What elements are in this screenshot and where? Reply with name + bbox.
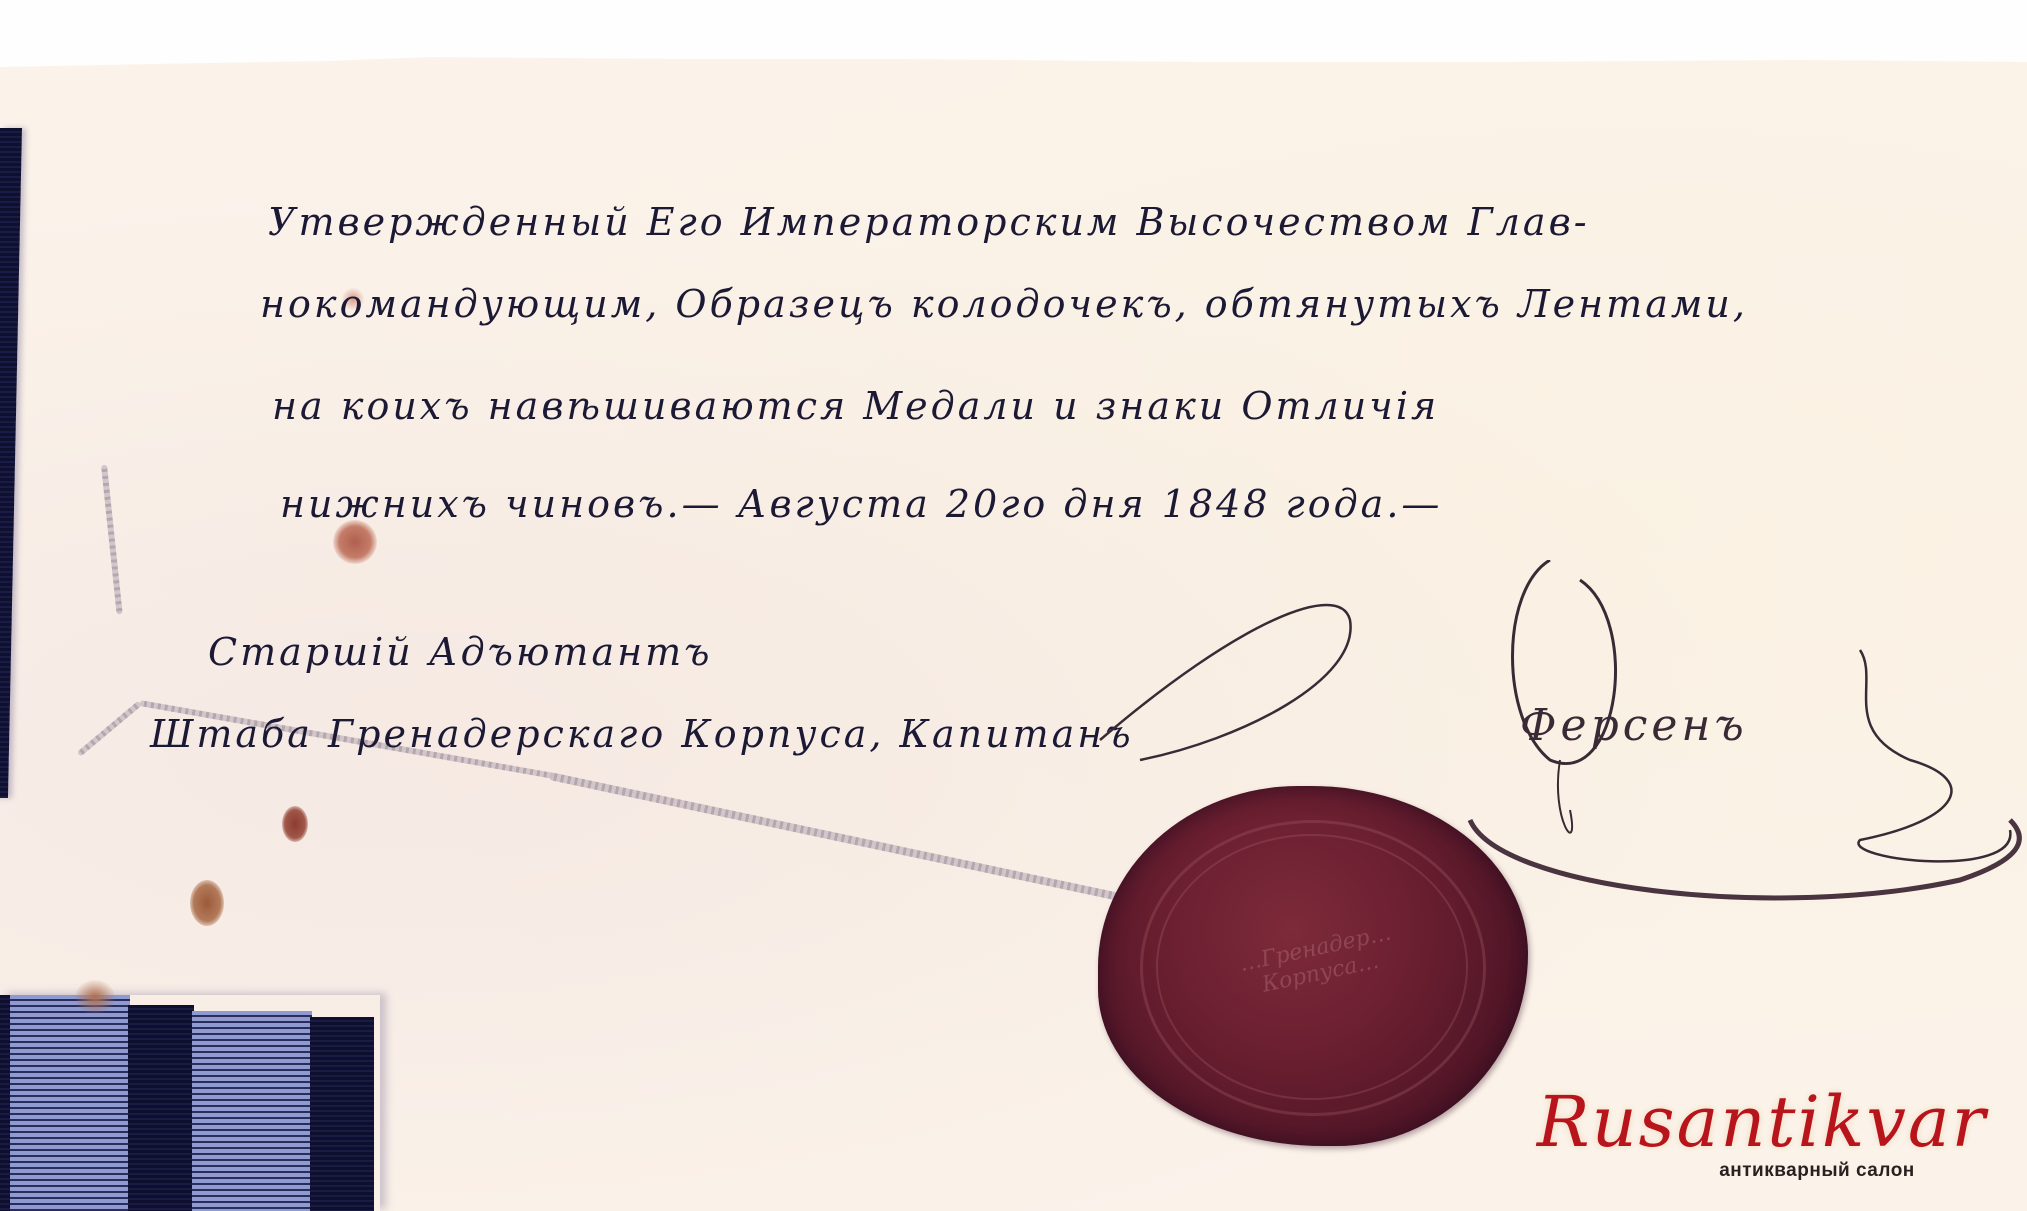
stain bbox=[333, 520, 377, 564]
signature-title: Старшiй Адъютантъ bbox=[208, 630, 713, 674]
text-line: нокомандующим, Образецъ колодочекъ, обтя… bbox=[260, 282, 1748, 326]
text-line: нижнихъ чиновъ.— Августа 20го дня 1848 г… bbox=[280, 482, 1442, 526]
stain bbox=[282, 806, 308, 842]
wax-seal: …Гренадер… Корпуса… bbox=[1098, 786, 1528, 1146]
ribbon-stripe bbox=[0, 995, 10, 1211]
watermark: Rusantikvar антикварный салон bbox=[1512, 1082, 2012, 1182]
ribbon-stripe bbox=[192, 1011, 312, 1211]
text-line: на коихъ навѣшиваются Медали и знаки Отл… bbox=[272, 384, 1439, 428]
stain bbox=[190, 880, 224, 926]
signature-unit: Штаба Гренадерскаго Корпуса, Капитанъ bbox=[150, 712, 1134, 756]
ribbon-stripe bbox=[10, 995, 130, 1211]
striped-ribbon-bottom-left bbox=[0, 995, 380, 1211]
text-line: Утвержденный Его Императорским Высочеств… bbox=[268, 200, 1590, 244]
ribbon-stripe bbox=[310, 1017, 374, 1211]
watermark-subtitle: антикварный салон bbox=[1512, 1160, 2012, 1182]
watermark-brand: Rusantikvar bbox=[1512, 1082, 2012, 1162]
ribbon-stripe bbox=[128, 1005, 194, 1211]
stain bbox=[75, 980, 115, 1014]
